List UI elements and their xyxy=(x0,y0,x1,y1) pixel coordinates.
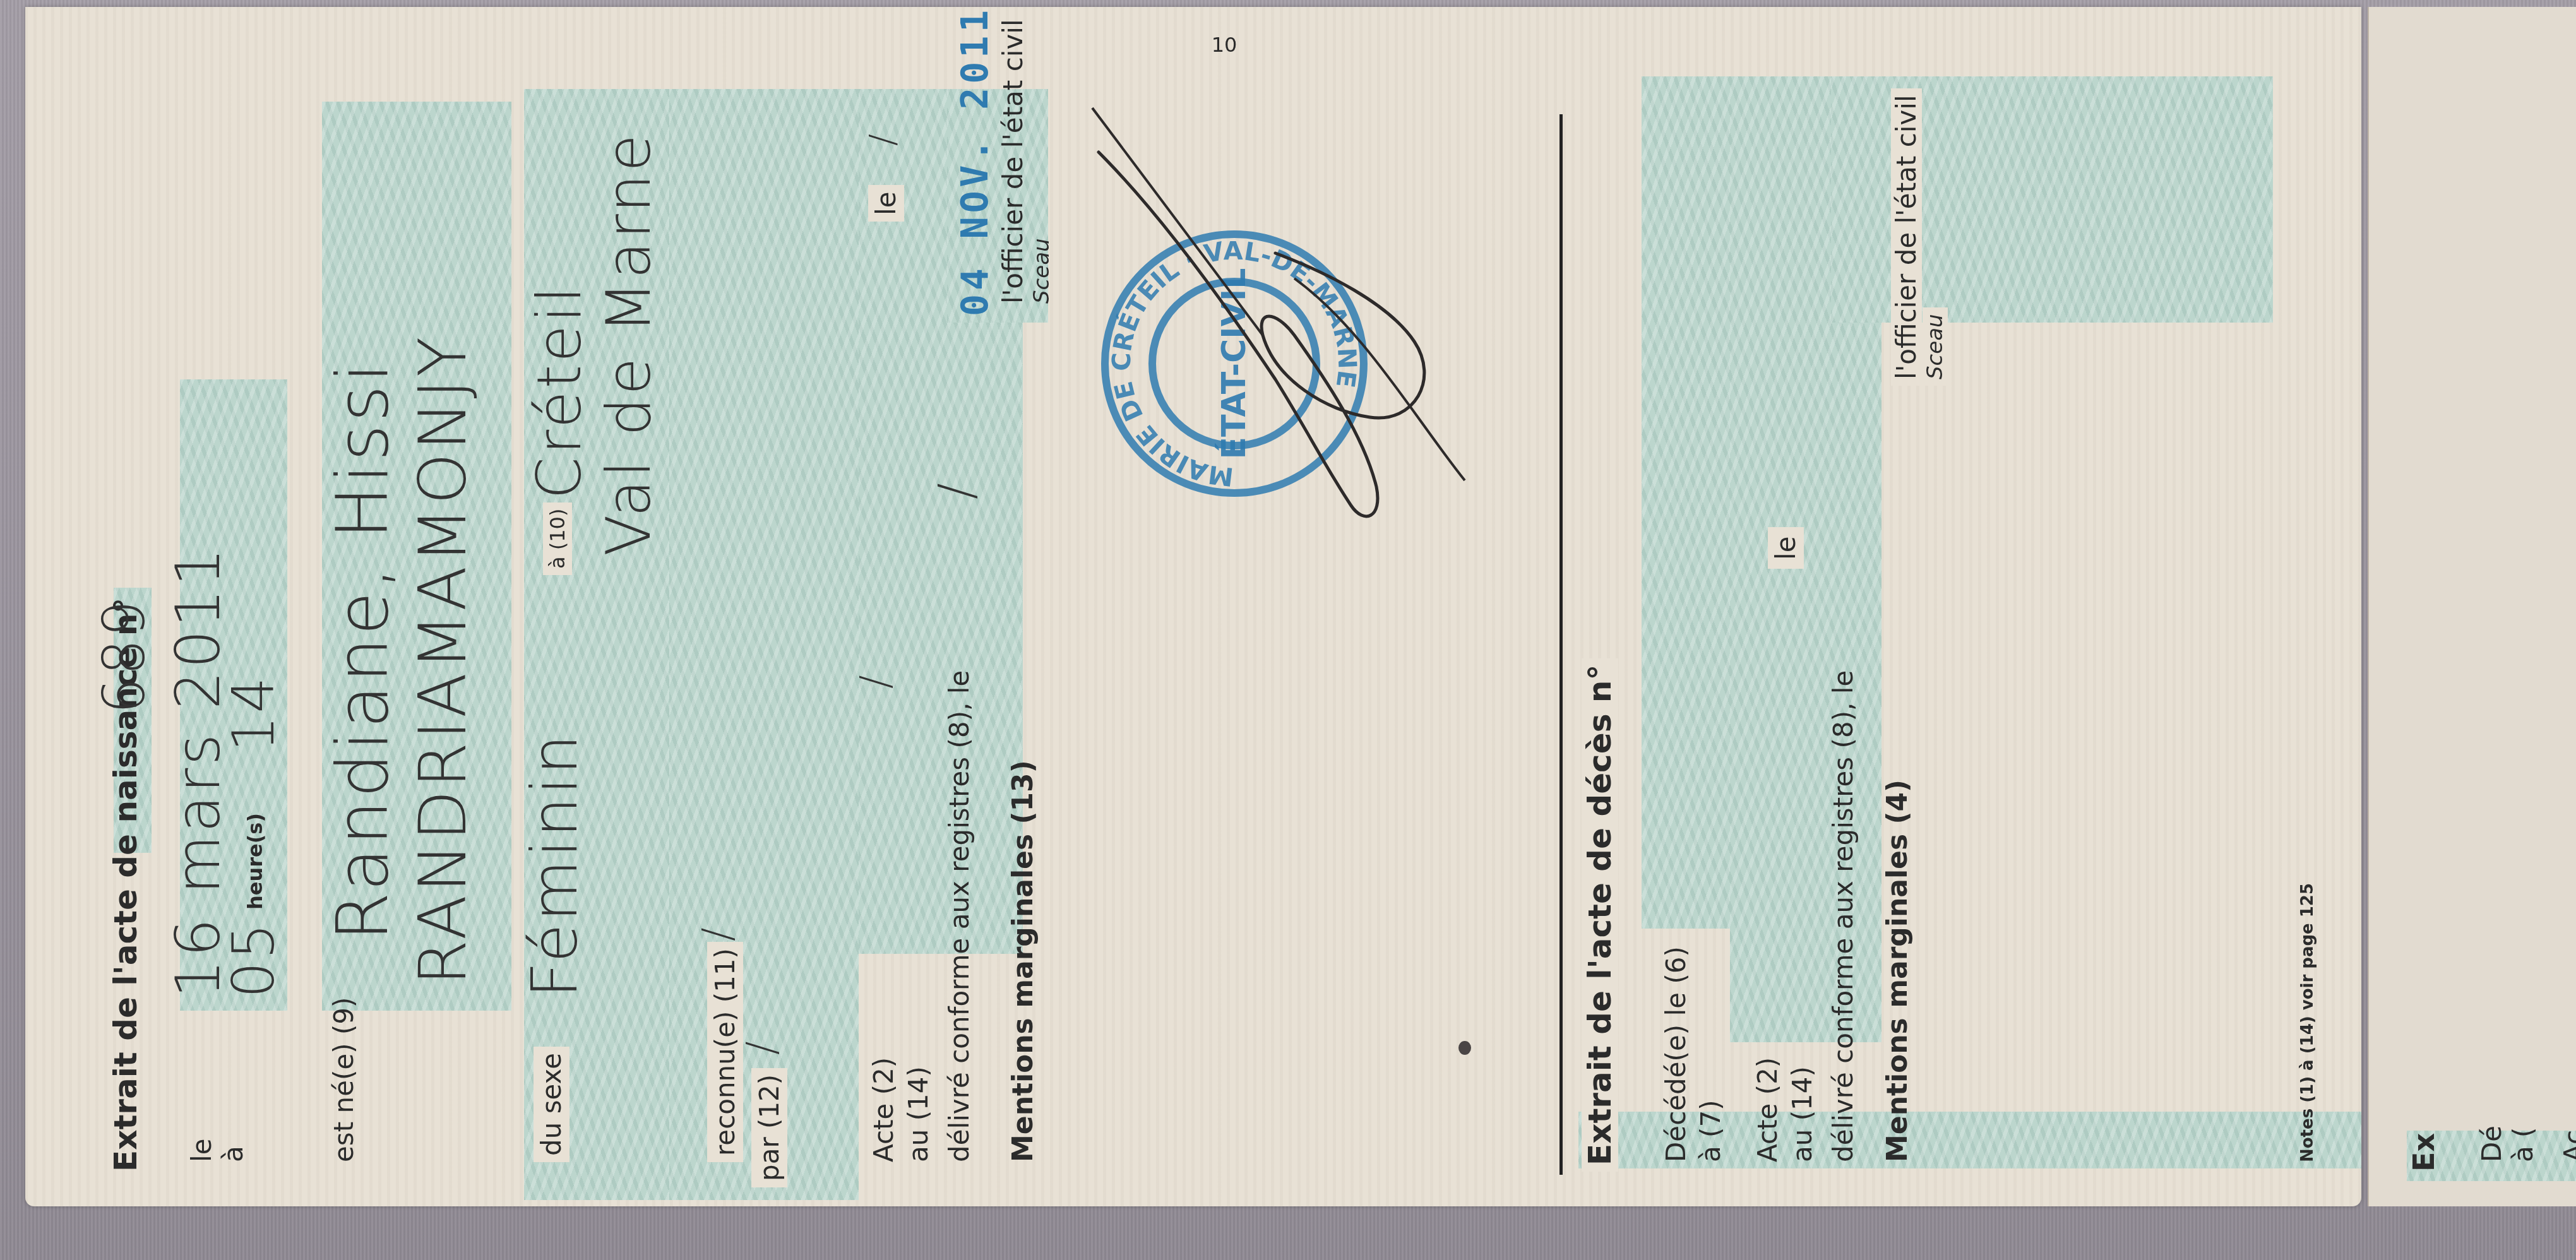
recognized-label: reconnu(e) (11) xyxy=(707,942,743,1162)
death-extract-title: Extrait de l'acte de décès n° xyxy=(1582,658,1618,1172)
acte-value: / xyxy=(852,672,899,689)
surname: RANDRIAMAMONJY xyxy=(404,334,481,985)
next-label-3: Ac xyxy=(2558,1130,2576,1162)
acte-le-value: / xyxy=(862,131,903,146)
sex-value: Féminin xyxy=(518,732,592,998)
next-title: Ex xyxy=(2407,1133,2441,1172)
death-place-label: à (7) xyxy=(1695,1100,1726,1162)
section-divider xyxy=(1559,114,1563,1175)
sex-label: du sexe xyxy=(534,1047,569,1162)
acte-label: Acte (2) xyxy=(868,1057,899,1162)
born-label: est né(e) (9) xyxy=(328,997,359,1162)
birth-hour: 05 xyxy=(221,920,287,998)
next-label-1: Dé xyxy=(2476,1126,2507,1162)
birth-place-dept: Val de Marne xyxy=(593,132,664,556)
recognized-value: / xyxy=(695,925,741,941)
by-value: / xyxy=(739,1038,785,1055)
mentions-label: Mentions marginales (13) xyxy=(1007,760,1039,1162)
given-names: Randiane, Hissi xyxy=(322,360,404,941)
acte-le-label: le xyxy=(868,185,904,222)
recognition-band xyxy=(669,89,859,1200)
officer-label: l'officier de l'état civil xyxy=(998,19,1029,304)
le-label: le xyxy=(186,1138,217,1162)
death-acte-le-label: le xyxy=(1768,527,1804,569)
footer-notes: Notes (1) à (14) voir page 125 xyxy=(2298,883,2317,1162)
birth-place-city: Créteil xyxy=(524,284,595,500)
by-label: par (12) xyxy=(751,1068,787,1187)
next-label-2: à ( xyxy=(2508,1127,2539,1162)
delivered-label: délivré conforme aux registres (8), le xyxy=(944,670,975,1162)
death-officer-label: l'officier de l'état civil xyxy=(1891,88,1922,386)
birth-minutes: 14 xyxy=(221,674,287,752)
seal-label: Sceau xyxy=(1029,238,1054,304)
birth-extract-number: 689 xyxy=(92,598,158,714)
hours-label: heure(s) xyxy=(243,813,267,910)
deceased-label: Décédé(e) le (6) xyxy=(1661,946,1691,1162)
livret-page: Extrait de l'acte de naissance n° 689 le… xyxy=(25,7,2361,1206)
death-au-label: au (14) xyxy=(1787,1066,1818,1162)
death-mentions-label: Mentions marginales (4) xyxy=(1881,780,1914,1162)
death-acte-label: Acte (2) xyxy=(1752,1057,1783,1162)
delivered-value: / xyxy=(928,480,984,499)
place-label: à (10) xyxy=(543,502,572,575)
ink-spot xyxy=(1458,1041,1471,1055)
a-label: à xyxy=(218,1146,249,1162)
au-label: au (14) xyxy=(903,1066,934,1162)
death-seal-label: Sceau xyxy=(1923,307,1948,386)
delivered-date-stamp: 04 NOV. 2011 xyxy=(953,7,996,316)
officer-signature-icon xyxy=(1086,102,1477,544)
document-rotated-container: Extrait de l'acte de naissance n° 689 le… xyxy=(0,0,2576,1260)
next-page-partial: Ex Dé à ( Ac au xyxy=(2368,7,2576,1206)
death-delivered-label: délivré conforme aux registres (8), le xyxy=(1828,670,1859,1162)
page-number: 10 xyxy=(1212,33,1237,57)
